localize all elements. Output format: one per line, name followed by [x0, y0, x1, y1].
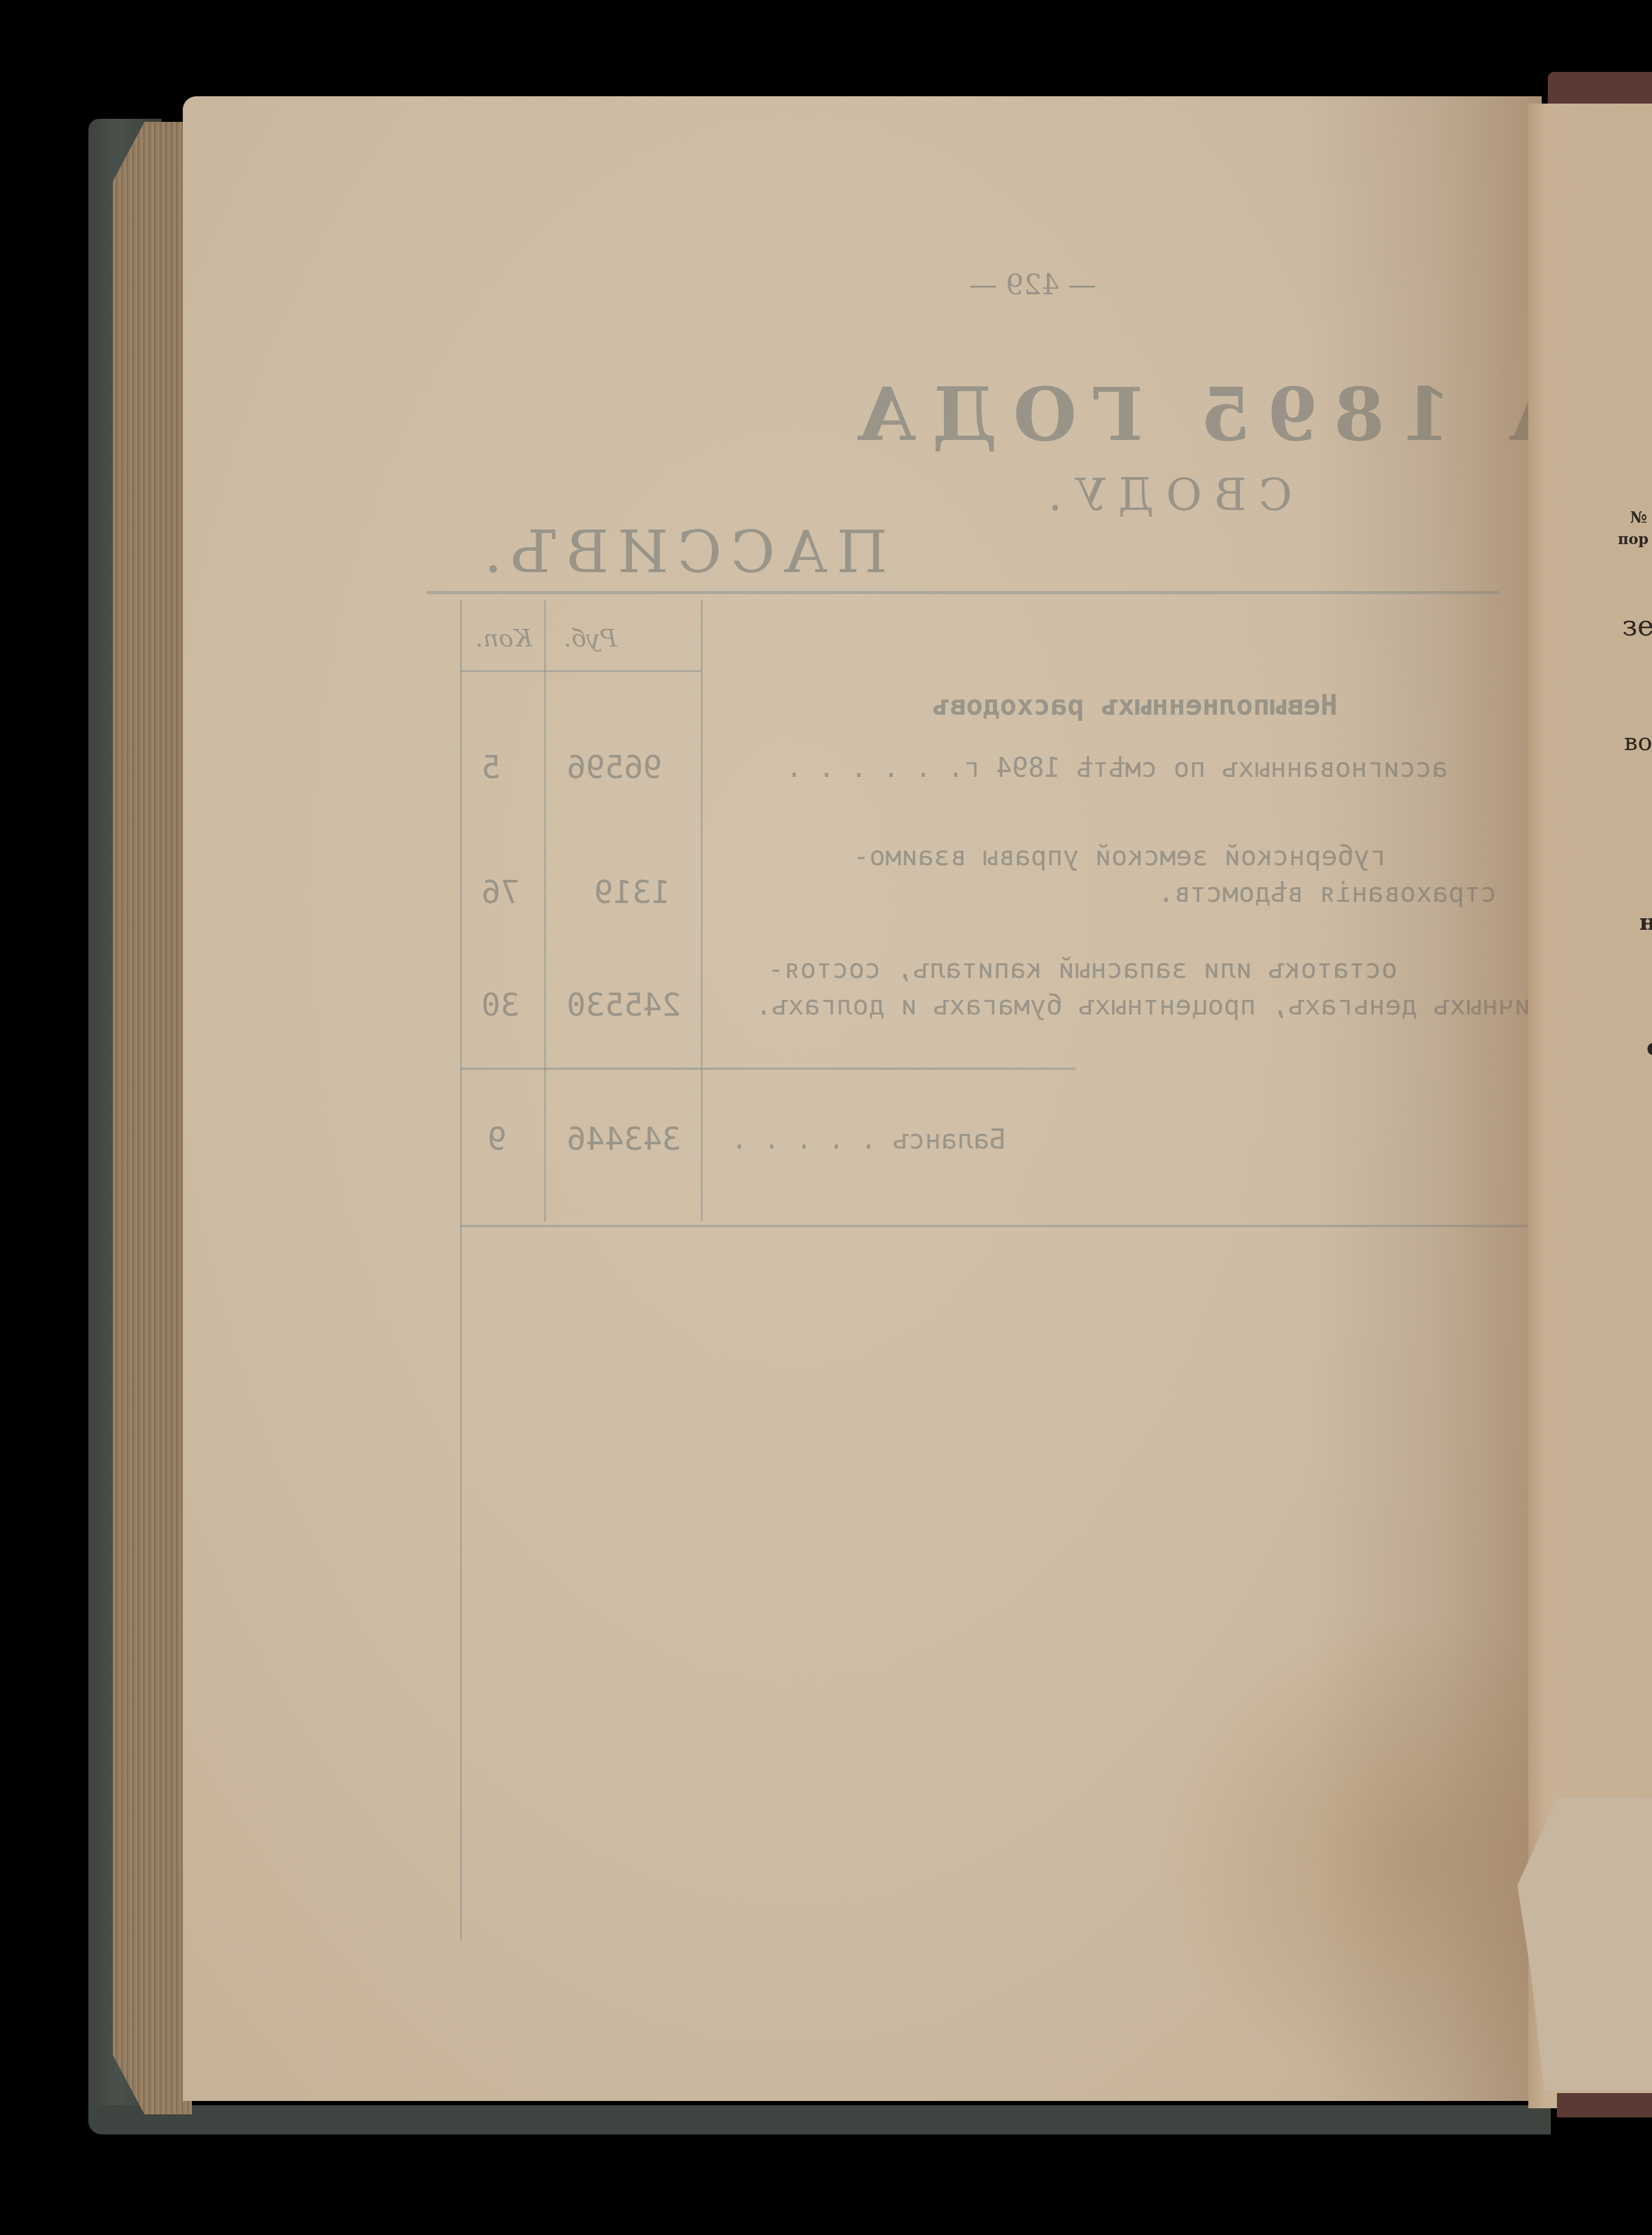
gutter-shadow	[1310, 96, 1542, 2101]
total-rule	[460, 1068, 1076, 1070]
page-subtitle: СВОДУ.	[1036, 469, 1292, 520]
table-row-label: остатокъ или запасный капиталъ, состоя-	[768, 954, 1397, 985]
book-cover-right-top	[1548, 72, 1652, 105]
page-edges-stack	[113, 122, 192, 2114]
fragment-vo: во	[1624, 728, 1652, 756]
table-cell-kop: 76	[481, 874, 520, 911]
table-row-label: Невыполненныхъ расходовъ	[932, 689, 1338, 721]
section-heading-passiv: ПАССИВЪ.	[475, 518, 887, 586]
table-col-divider-rub	[701, 600, 703, 1222]
total-kop: 9	[487, 1121, 506, 1158]
table-cell-kop: 30	[481, 987, 520, 1024]
fragment-por: пор	[1618, 530, 1648, 548]
total-rub: 343446	[567, 1121, 681, 1158]
fragment-no: №	[1630, 509, 1647, 527]
table-cell-rub: 1319	[594, 874, 670, 911]
column-header-kop: Коп.	[475, 625, 533, 653]
fragment-ze: зе	[1622, 609, 1652, 642]
table-cell-rub: 96596	[567, 749, 662, 786]
header-rule	[460, 670, 701, 672]
table-left-rule	[460, 600, 462, 1941]
table-cell-rub: 245530	[567, 987, 681, 1024]
fragment-n: н	[1639, 908, 1652, 935]
table-col-divider-kop	[544, 600, 546, 1222]
book-cover-right-bottom	[1557, 2093, 1652, 2117]
table-cell-kop: 5	[481, 749, 500, 786]
table-row-label: губернской земской управы взаимо-	[853, 841, 1386, 872]
page-number: — 429 —	[969, 268, 1096, 301]
fragment-s: с	[1647, 1033, 1652, 1060]
total-label: Балансъ . . . . .	[731, 1124, 1005, 1155]
column-header-rub: Руб.	[564, 625, 617, 653]
book-cover-bottom	[88, 2105, 1551, 2134]
